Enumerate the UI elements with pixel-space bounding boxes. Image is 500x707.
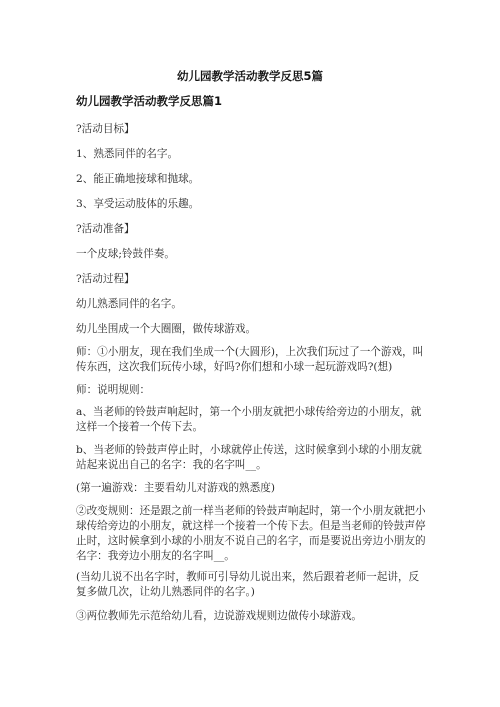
paragraph: ?活动准备】 <box>76 222 428 237</box>
paragraph: (第一遍游戏：主要看幼儿对游戏的熟悉度) <box>76 481 428 496</box>
paragraph: ③两位教师先示范给幼儿看，边说游戏规则边做传小球游戏。 <box>76 609 428 624</box>
paragraph: 一个皮球;铃鼓伴奏。 <box>76 247 428 262</box>
paragraph: ?活动过程】 <box>76 272 428 287</box>
paragraph: 2、能正确地接球和抛球。 <box>76 172 428 187</box>
paragraph: (当幼儿说不出名字时，教师可引导幼儿说出来，然后跟着老师一起讲，反复多做几次，让… <box>76 570 428 600</box>
paragraph: 幼儿坐围成一个大圈圈，做传球游戏。 <box>76 322 428 337</box>
paragraph: ?活动目标】 <box>76 122 428 137</box>
paragraph: 3、享受运动肢体的乐趣。 <box>76 197 428 212</box>
paragraph: 1、熟悉同伴的名字。 <box>76 147 428 162</box>
paragraph: 师：说明规则： <box>76 383 428 398</box>
document-title: 幼儿园教学活动教学反思5篇 <box>0 68 500 84</box>
document-page: 幼儿园教学活动教学反思5篇 幼儿园教学活动教学反思篇1 ?活动目标】1、熟悉同伴… <box>0 0 500 707</box>
paragraph: a、当老师的铃鼓声响起时，第一个小朋友就把小球传给旁边的小朋友，就这样一个接着一… <box>76 405 428 435</box>
paragraph: 师：①小朋友，现在我们坐成一个(大圆形)，上次我们玩过了一个游戏，叫传东西，这次… <box>76 345 428 375</box>
paragraph: ②改变规则：还是跟之前一样当老师的铃鼓声响起时，第一个小朋友就把小球传给旁边的小… <box>76 504 428 564</box>
paragraph: b、当老师的铃鼓声停止时，小球就停止传送，这时候拿到小球的小朋友就站起来说出自己… <box>76 443 428 473</box>
section-heading: 幼儿园教学活动教学反思篇1 <box>76 93 222 109</box>
paragraph: 幼儿熟悉同伴的名字。 <box>76 297 428 312</box>
